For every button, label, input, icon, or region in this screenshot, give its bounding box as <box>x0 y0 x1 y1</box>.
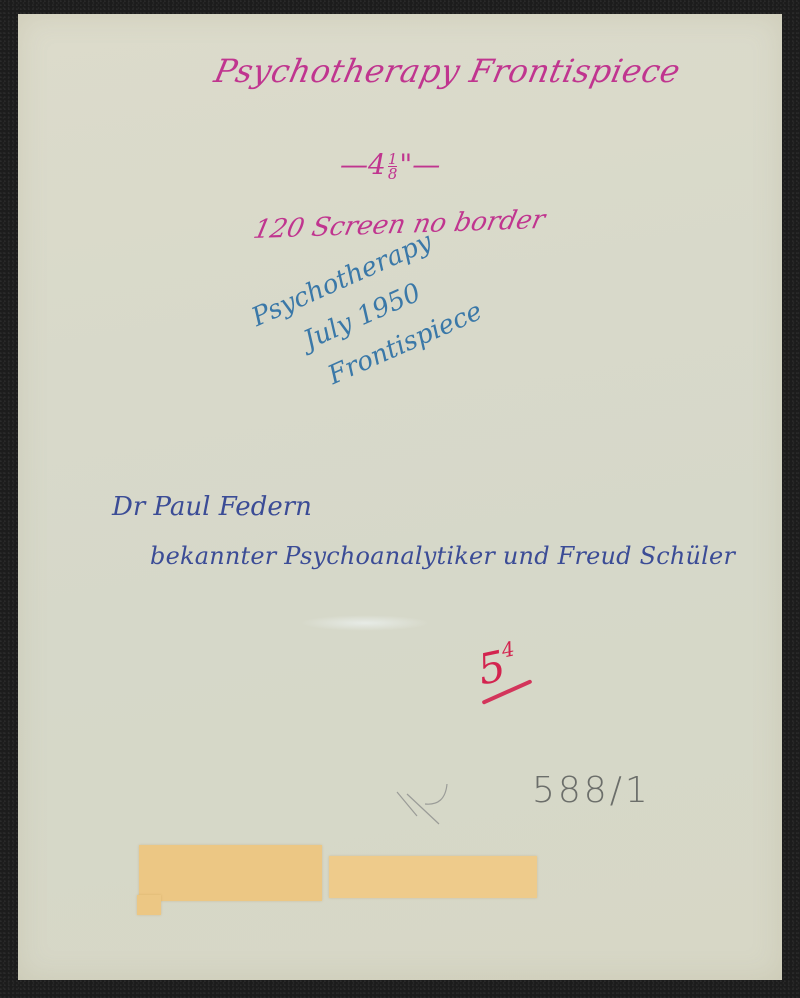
size-denominator: 8 <box>388 167 398 181</box>
size-suffix: "— <box>399 148 440 181</box>
pencil-scribble-icon <box>395 780 465 830</box>
size-fraction: 18 <box>388 152 398 181</box>
masking-tape-right <box>329 856 537 898</box>
masking-tape-left <box>139 845 322 901</box>
subject-description: bekannter Psychoanalytiker und Freud Sch… <box>150 542 735 570</box>
masking-tape-left-tab <box>137 895 161 915</box>
paper-smudge <box>300 615 430 631</box>
archive-number: 588/1 <box>532 770 651 811</box>
subject-name: Dr Paul Federn <box>112 492 312 522</box>
title-annotation: Psychotherapy Frontispiece <box>211 52 684 90</box>
size-annotation: —418"— <box>340 148 440 181</box>
size-prefix: —4 <box>340 148 386 181</box>
